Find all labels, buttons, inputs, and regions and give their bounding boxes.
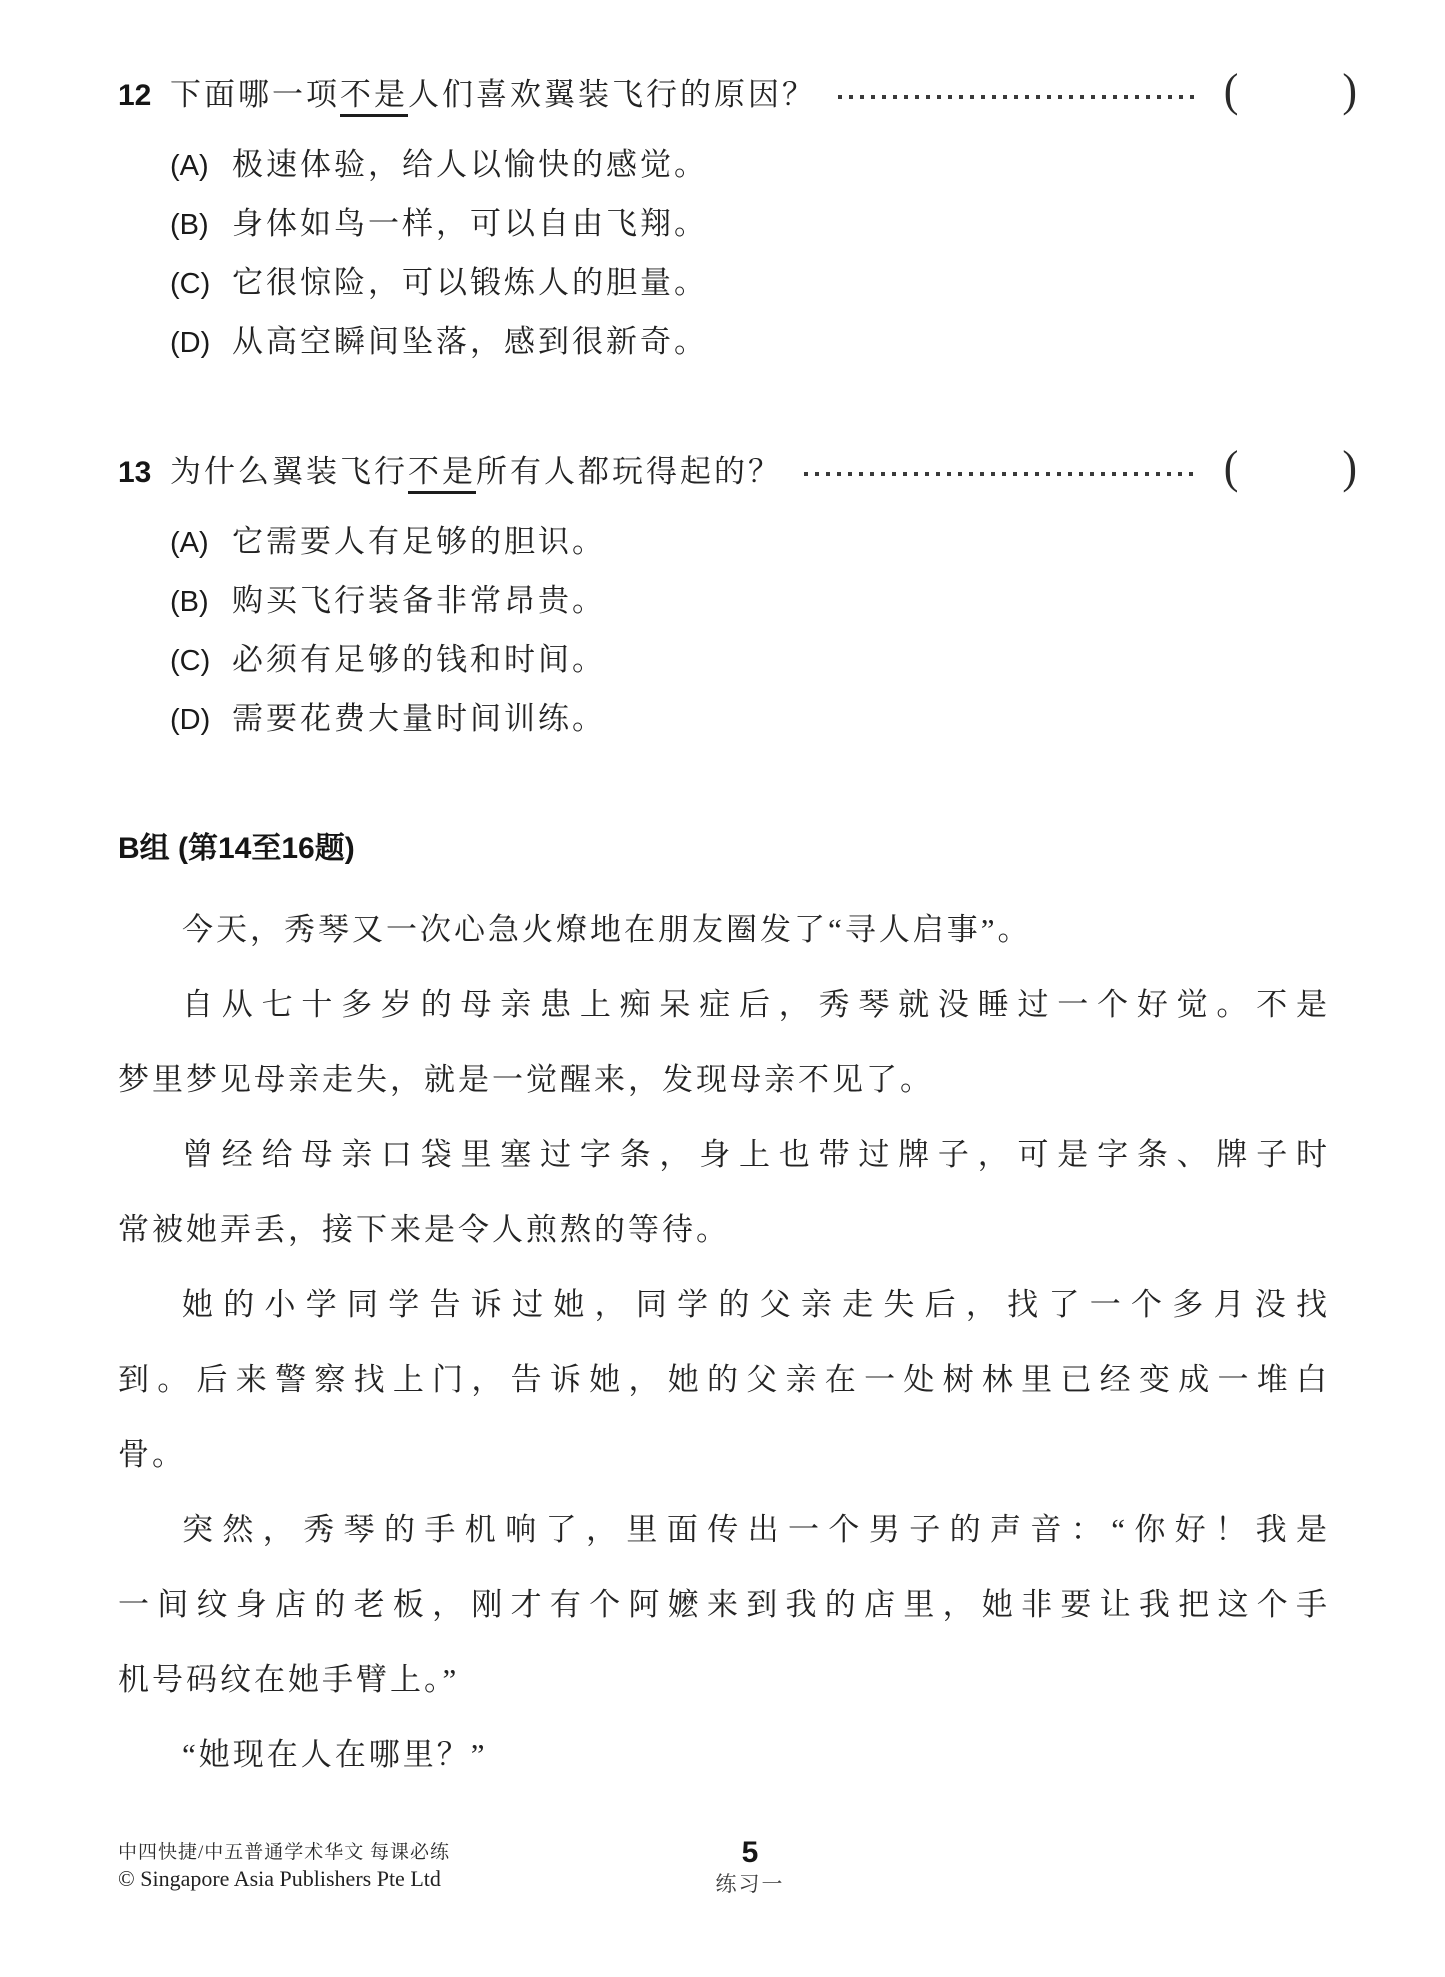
option-label: (C) — [170, 264, 232, 304]
passage-line: 自从七十多岁的母亲患上痴呆症后，秀琴就没睡过一个好觉。不是 — [118, 967, 1330, 1042]
answer-bracket-open: ( — [1224, 444, 1239, 492]
passage-line: 骨。 — [118, 1417, 1330, 1492]
passage-line: 梦里梦见母亲走失，就是一觉醒来，发现母亲不见了。 — [118, 1042, 1330, 1117]
option-label: (A) — [170, 523, 232, 563]
option-label: (A) — [170, 146, 232, 186]
option-text: 从高空瞬间坠落，感到很新奇。 — [232, 322, 708, 362]
option-c: (C) 它很惊险，可以锻炼人的胆量。 — [170, 263, 1363, 304]
passage-line: 曾经给母亲口袋里塞过字条，身上也带过牌子，可是字条、牌子时 — [118, 1117, 1330, 1192]
section-b-header: B组 (第14至16题) — [118, 826, 1363, 872]
option-label: (D) — [170, 323, 232, 363]
footer-copyright: © Singapore Asia Publishers Pte Ltd — [118, 1866, 450, 1892]
option-d: (D) 需要花费大量时间训练。 — [170, 699, 1363, 740]
reading-passage: 今天，秀琴又一次心急火燎地在朋友圈发了“寻人启事”。 自从七十多岁的母亲患上痴呆… — [118, 892, 1330, 1792]
option-d: (D) 从高空瞬间坠落，感到很新奇。 — [170, 322, 1363, 363]
passage-line: 今天，秀琴又一次心急火燎地在朋友圈发了“寻人启事”。 — [118, 892, 1330, 967]
option-text: 它需要人有足够的胆识。 — [232, 522, 606, 562]
option-b: (B) 身体如鸟一样，可以自由飞翔。 — [170, 204, 1363, 245]
exam-page: 12 下面哪一项不是人们喜欢翼装飞行的原因？ ( ) (A) 极速体验，给人以愉… — [0, 0, 1445, 1977]
question-13-options: (A) 它需要人有足够的胆识。 (B) 购买飞行装备非常昂贵。 (C) 必须有足… — [170, 522, 1363, 740]
passage-line: 突然，秀琴的手机响了，里面传出一个男子的声音：“你好！我是 — [118, 1492, 1330, 1567]
option-a: (A) 它需要人有足够的胆识。 — [170, 522, 1363, 563]
page-label: 练习一 — [660, 1870, 840, 1898]
option-c: (C) 必须有足够的钱和时间。 — [170, 640, 1363, 681]
question-text-before: 为什么翼装飞行 — [170, 454, 408, 489]
option-label: (B) — [170, 582, 232, 622]
question-number: 12 — [118, 73, 170, 119]
question-text: 为什么翼装飞行不是所有人都玩得起的？ — [170, 449, 782, 495]
answer-bracket-open: ( — [1224, 67, 1239, 115]
question-text-before: 下面哪一项 — [170, 77, 340, 112]
question-text: 下面哪一项不是人们喜欢翼装飞行的原因？ — [170, 72, 816, 118]
footer-series-title: 中四快捷/中五普通学术华文 每课必练 — [118, 1840, 450, 1866]
question-text-after: 所有人都玩得起的？ — [476, 454, 782, 489]
option-label: (D) — [170, 700, 232, 740]
question-12-header: 12 下面哪一项不是人们喜欢翼装飞行的原因？ ( ) — [118, 68, 1363, 119]
footer-page-block: 5 练习一 — [660, 1836, 840, 1898]
dotted-leader — [838, 95, 1198, 99]
question-13-header: 13 为什么翼装飞行不是所有人都玩得起的？ ( ) — [118, 445, 1363, 496]
question-13: 13 为什么翼装飞行不是所有人都玩得起的？ ( ) (A) 它需要人有足够的胆识… — [118, 445, 1363, 740]
option-b: (B) 购买飞行装备非常昂贵。 — [170, 581, 1363, 622]
dotted-leader — [804, 472, 1198, 476]
question-text-underlined: 不是 — [340, 77, 408, 117]
option-label: (C) — [170, 641, 232, 681]
option-text: 需要花费大量时间训练。 — [232, 699, 606, 739]
passage-line: 到。后来警察找上门，告诉她，她的父亲在一处树林里已经变成一堆白 — [118, 1342, 1330, 1417]
option-text: 极速体验，给人以愉快的感觉。 — [232, 145, 708, 185]
option-text: 必须有足够的钱和时间。 — [232, 640, 606, 680]
page-number: 5 — [660, 1836, 840, 1870]
question-text-after: 人们喜欢翼装飞行的原因？ — [408, 77, 816, 112]
answer-bracket-close: ) — [1342, 67, 1357, 115]
option-a: (A) 极速体验，给人以愉快的感觉。 — [170, 145, 1363, 186]
option-text: 它很惊险，可以锻炼人的胆量。 — [232, 263, 708, 303]
footer-publisher-block: 中四快捷/中五普通学术华文 每课必练 © Singapore Asia Publ… — [118, 1840, 450, 1892]
passage-line: 她的小学同学告诉过她，同学的父亲走失后，找了一个多月没找 — [118, 1267, 1330, 1342]
passage-line: 机号码纹在她手臂上。” — [118, 1642, 1330, 1717]
option-label: (B) — [170, 205, 232, 245]
option-text: 身体如鸟一样，可以自由飞翔。 — [232, 204, 708, 244]
answer-bracket-close: ) — [1342, 444, 1357, 492]
question-12-options: (A) 极速体验，给人以愉快的感觉。 (B) 身体如鸟一样，可以自由飞翔。 (C… — [170, 145, 1363, 363]
passage-line: 一间纹身店的老板，刚才有个阿嬷来到我的店里，她非要让我把这个手 — [118, 1567, 1330, 1642]
question-text-underlined: 不是 — [408, 454, 476, 494]
passage-line: “她现在人在哪里？” — [118, 1717, 1330, 1792]
passage-line: 常被她弄丢，接下来是令人煎熬的等待。 — [118, 1192, 1330, 1267]
question-12: 12 下面哪一项不是人们喜欢翼装飞行的原因？ ( ) (A) 极速体验，给人以愉… — [118, 68, 1363, 363]
question-number: 13 — [118, 450, 170, 496]
option-text: 购买飞行装备非常昂贵。 — [232, 581, 606, 621]
